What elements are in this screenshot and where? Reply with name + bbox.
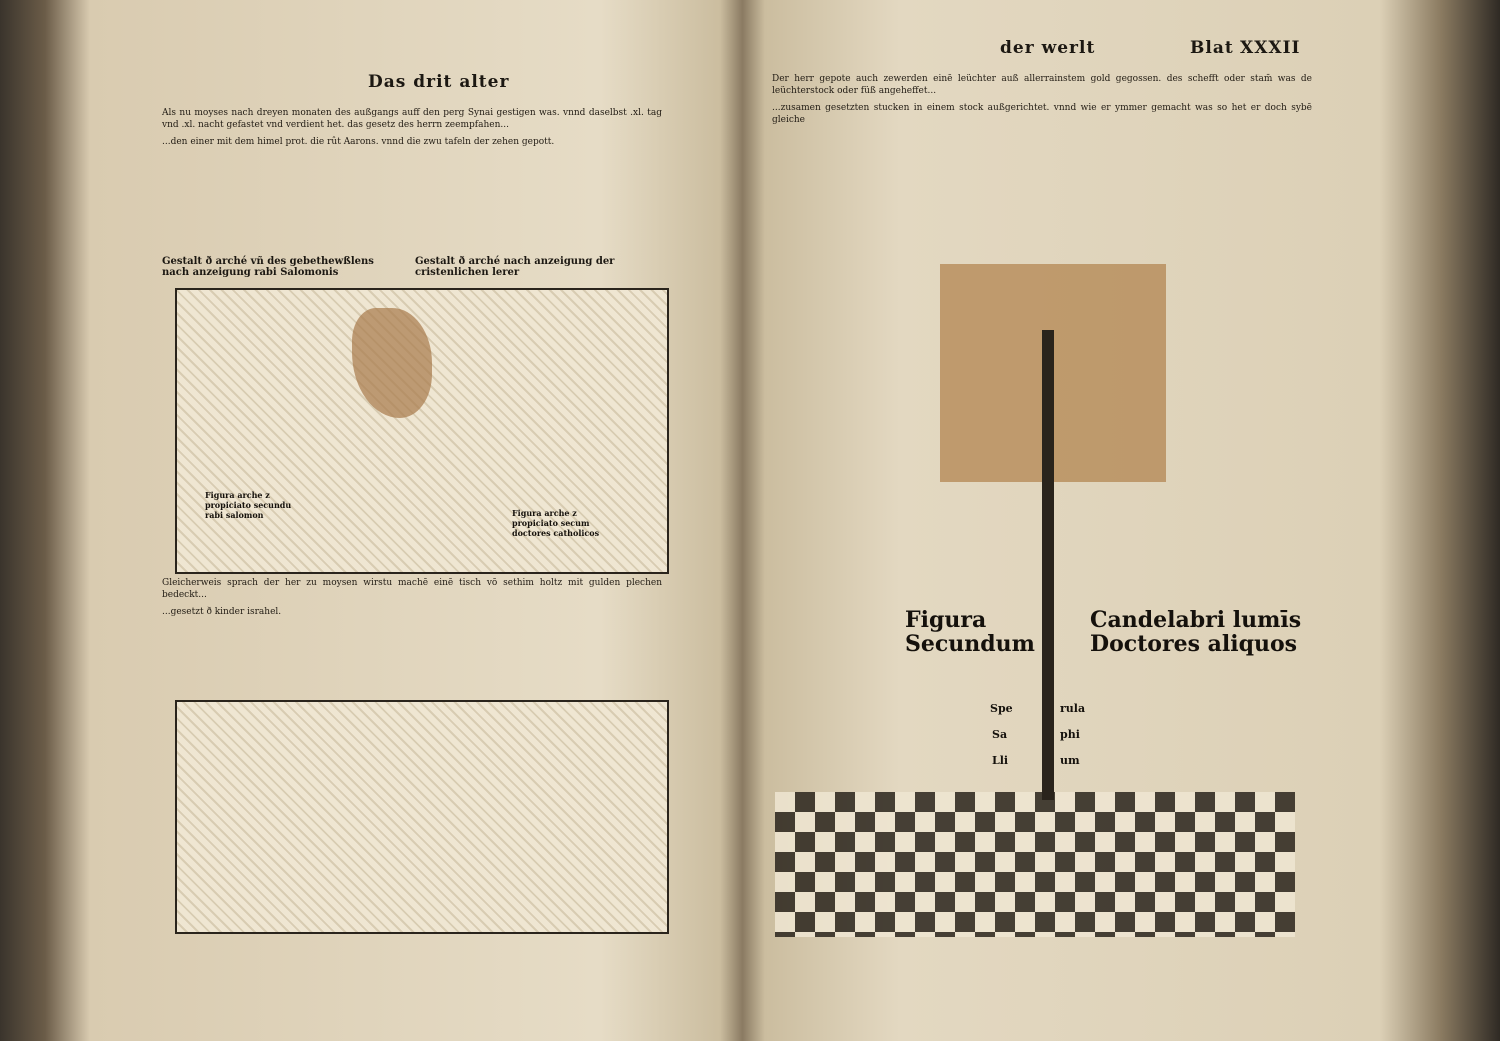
left-body-text: Als nu moyses nach dreyen monaten des au… [162,108,662,248]
woodcut-table-showbread [175,700,669,934]
caption-right: Gestalt ð arché nach anzeigung der crist… [415,256,665,278]
open-book: Das drit alter Als nu moyses nach dreyen… [0,0,1500,1041]
figure-label-left: Figura Secundum [905,608,1035,656]
left-second-text: Gleicherweis sprach der her zu moysen wi… [162,578,662,698]
left-running-head: Das drit alter [368,72,509,92]
left-page: Das drit alter Als nu moyses nach dreyen… [150,60,690,1020]
caption-left: Gestalt ð arché vñ des gebethewßlens nac… [162,256,402,278]
right-body-text: Der herr gepote auch zewerden einē leüch… [772,74,1312,274]
checkered-floor [775,792,1295,937]
woodcut-ark-covenant: Figura arche z propiciato secundu rabi s… [175,288,669,574]
folio-number: XXXII [1240,38,1300,58]
figure-label-right: Candelabri lumīs Doctores aliquos [1090,608,1301,656]
right-running-head: der werlt [1000,38,1095,58]
menorah-stem [1042,330,1054,800]
right-page: der werlt Blat XXXII Der herr gepote auc… [760,30,1320,990]
blat-label: Blat [1190,38,1234,58]
water-stain [352,308,432,418]
